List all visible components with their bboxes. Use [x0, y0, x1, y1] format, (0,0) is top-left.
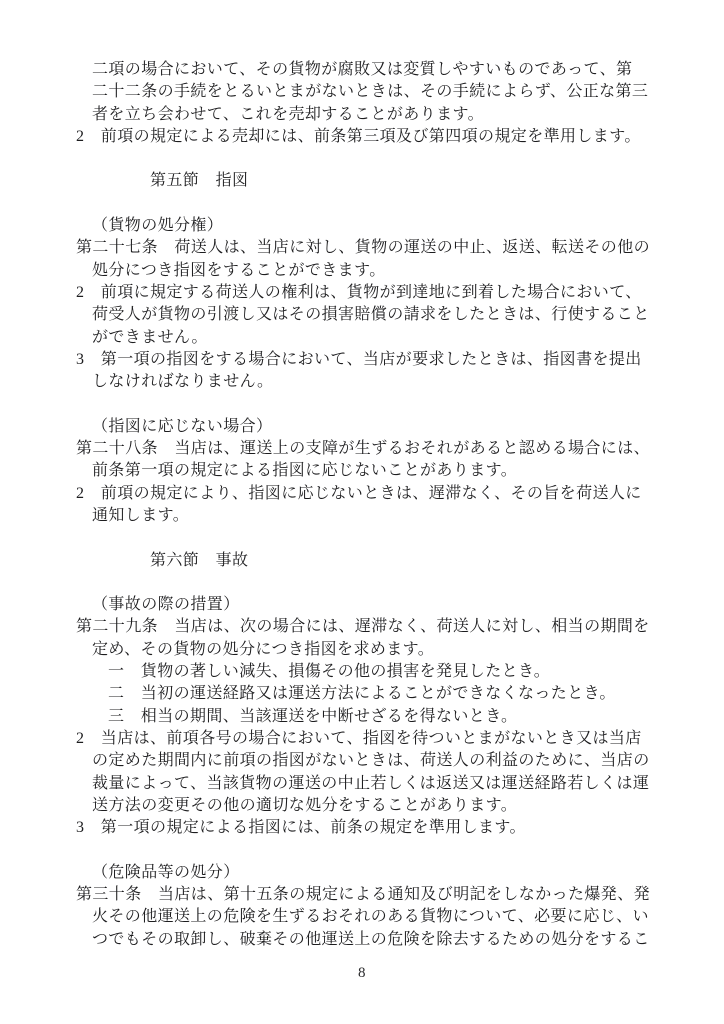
- text-line: 二項の場合において、その貨物が腐敗又は変質しやすいものであって、第: [60, 59, 680, 81]
- continued-paragraph: 二項の場合において、その貨物が腐敗又は変質しやすいものであって、第二十二条の手続…: [60, 59, 680, 148]
- text-line: 火その他運送上の危険を生ずるおそれのある貨物について、必要に応じ、い: [60, 906, 680, 928]
- text-line: 定め、その貨物の処分につき指図を求めます。: [60, 639, 680, 661]
- text-line: 処分につき指図をすることができます。: [60, 260, 680, 282]
- text-line: 通知します。: [60, 505, 680, 527]
- article-subject: （指図に応じない場合）: [60, 416, 680, 438]
- text-line: しなければなりません。: [60, 371, 680, 393]
- text-line: 一 貨物の著しい減失、損傷その他の損害を発見したとき。: [60, 661, 680, 683]
- text-line: つでもその取卸し、破棄その他運送上の危険を除去するための処分をするこ: [60, 929, 680, 951]
- text-line: ができません。: [60, 327, 680, 349]
- article-27: （貨物の処分権）第二十七条 荷送人は、当店に対し、貨物の運送の中止、返送、転送そ…: [60, 215, 680, 393]
- section-5-heading: 第五節 指図: [60, 170, 680, 192]
- text-line: 2 前項に規定する荷送人の権利は、貨物が到達地に到着した場合において、: [60, 282, 680, 304]
- text-line: 荷受人が貨物の引渡し又はその損害賠償の請求をしたときは、行使すること: [60, 304, 680, 326]
- article-30: （危険品等の処分）第三十条 当店は、第十五条の規定による通知及び明記をしなかった…: [60, 862, 680, 951]
- text-line: 2 前項の規定による売却には、前条第三項及び第四項の規定を準用します。: [60, 126, 680, 148]
- text-line: 第三十条 当店は、第十五条の規定による通知及び明記をしなかった爆発、発: [60, 884, 680, 906]
- document-page: 二項の場合において、その貨物が腐敗又は変質しやすいものであって、第二十二条の手続…: [0, 0, 724, 1024]
- article-subject: （貨物の処分権）: [60, 215, 680, 237]
- text-line: 二十二条の手続をとるいとまがないときは、その手続によらず、公正な第三: [60, 81, 680, 103]
- text-line: 3 第一項の指図をする場合において、当店が要求したときは、指図書を提出: [60, 349, 680, 371]
- text-line: 送方法の変更その他の適切な処分をすることがあります。: [60, 795, 680, 817]
- text-line: 第二十七条 荷送人は、当店に対し、貨物の運送の中止、返送、転送その他の: [60, 237, 680, 259]
- text-line: 第二十八条 当店は、運送上の支障が生ずるおそれがあると認める場合には、: [60, 438, 680, 460]
- section-heading: 第六節 事故: [60, 550, 680, 572]
- page-number: 8: [0, 965, 724, 982]
- text-line: 2 当店は、前項各号の場合において、指図を待ついとまがないとき又は当店: [60, 728, 680, 750]
- text-line: 二 当初の運送経路又は運送方法によることができなくなったとき。: [60, 683, 680, 705]
- section-6-heading: 第六節 事故: [60, 550, 680, 572]
- text-line: 三 相当の期間、当該運送を中断せざるを得ないとき。: [60, 706, 680, 728]
- document-body: 二項の場合において、その貨物が腐敗又は変質しやすいものであって、第二十二条の手続…: [60, 59, 680, 951]
- text-line: 者を立ち会わせて、これを売却することがあります。: [60, 104, 680, 126]
- text-line: 3 第一項の規定による指図には、前条の規定を準用します。: [60, 817, 680, 839]
- text-line: 前条第一項の規定による指図に応じないことがあります。: [60, 460, 680, 482]
- article-subject: （危険品等の処分）: [60, 862, 680, 884]
- article-29: （事故の際の措置）第二十九条 当店は、次の場合には、遅滞なく、荷送人に対し、相当…: [60, 594, 680, 839]
- article-subject: （事故の際の措置）: [60, 594, 680, 616]
- text-line: 2 前項の規定により、指図に応じないときは、遅滞なく、その旨を荷送人に: [60, 483, 680, 505]
- article-28: （指図に応じない場合）第二十八条 当店は、運送上の支障が生ずるおそれがあると認め…: [60, 416, 680, 527]
- section-heading: 第五節 指図: [60, 170, 680, 192]
- text-line: 第二十九条 当店は、次の場合には、遅滞なく、荷送人に対し、相当の期間を: [60, 616, 680, 638]
- text-line: 裁量によって、当該貨物の運送の中止若しくは返送又は運送経路若しくは運: [60, 773, 680, 795]
- text-line: の定めた期間内に前項の指図がないときは、荷送人の利益のために、当店の: [60, 750, 680, 772]
